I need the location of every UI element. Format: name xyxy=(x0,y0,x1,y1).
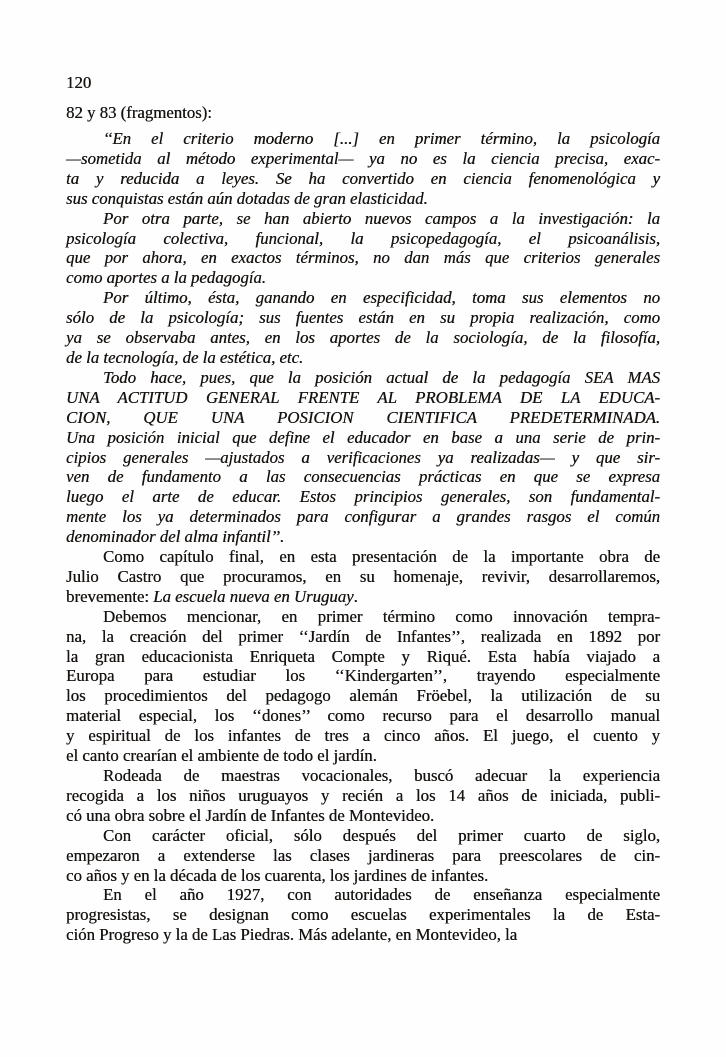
text-line: la gran educacionista Enriqueta Compte y… xyxy=(66,647,660,667)
quoted-excerpt: ‘‘En el criterio moderno [...] en primer… xyxy=(66,129,660,547)
text-line: có una obra sobre el Jardín de Infantes … xyxy=(66,806,660,826)
text-line: Todo hace, pues, que la posición actual … xyxy=(66,368,660,388)
text-line: En el año 1927, con autoridades de enseñ… xyxy=(66,885,660,905)
text-line: Una posición inicial que define el educa… xyxy=(66,428,660,448)
text-line: Con carácter oficial, sólo después del p… xyxy=(66,826,660,846)
text-line: ción Progreso y la de Las Piedras. Más a… xyxy=(66,925,660,945)
text-line: brevemente: La escuela nueva en Uruguay. xyxy=(66,587,660,607)
text-line: empezaron a extenderse las clases jardin… xyxy=(66,846,660,866)
text-line: CION, QUE UNA POSICION CIENTIFICA PREDET… xyxy=(66,408,660,428)
book-title: La escuela nueva en Uruguay xyxy=(153,587,353,606)
body-paragraph-4: Con carácter oficial, sólo después del p… xyxy=(66,826,660,886)
body-paragraph-2: Debemos mencionar, en primer término com… xyxy=(66,607,660,766)
page-content: 82 y 83 (fragmentos): ‘‘En el criterio m… xyxy=(66,103,660,945)
text-line: de la tecnología, de la estética, etc. xyxy=(66,348,660,368)
text-line: ‘‘En el criterio moderno [...] en primer… xyxy=(66,129,660,149)
body-paragraph-1: Como capítulo final, en esta presentació… xyxy=(66,547,660,607)
text-line: cipios generales —ajustados a verificaci… xyxy=(66,448,660,468)
text-line: sólo de la psicología; sus fuentes están… xyxy=(66,308,660,328)
quote-paragraph-2: Por otra parte, se han abierto nuevos ca… xyxy=(66,209,660,289)
page-number: 120 xyxy=(66,73,91,93)
text-line: material especial, los ‘‘dones’’ como re… xyxy=(66,706,660,726)
text-line: ta y reducida a leyes. Se ha convertido … xyxy=(66,169,660,189)
text-line: psicología colectiva, funcional, la psic… xyxy=(66,229,660,249)
text-line: Julio Castro que procuramos, en su homen… xyxy=(66,567,660,587)
commentary-text: Como capítulo final, en esta presentació… xyxy=(66,547,660,945)
text-line: progresistas, se designan como escuelas … xyxy=(66,905,660,925)
text-line: recogida a los niños uruguayos y recién … xyxy=(66,786,660,806)
text-line: los procedimientos del pedagogo alemán F… xyxy=(66,686,660,706)
text-line: como aportes a la pedagogía. xyxy=(66,268,660,288)
text-line: mente los ya determinados para configura… xyxy=(66,507,660,527)
text-line: el canto crearían el ambiente de todo el… xyxy=(66,746,660,766)
text-line: Como capítulo final, en esta presentació… xyxy=(66,547,660,567)
text-line: luego el arte de educar. Estos principio… xyxy=(66,487,660,507)
text-line: UNA ACTITUD GENERAL FRENTE AL PROBLEMA D… xyxy=(66,388,660,408)
text-line: y espiritual de los infantes de tres a c… xyxy=(66,726,660,746)
quote-paragraph-3: Por último, ésta, ganando en especificid… xyxy=(66,288,660,368)
text-line: Europa para estudiar los ‘‘Kindergarten’… xyxy=(66,666,660,686)
text-line: ya se observaba antes, en los aportes de… xyxy=(66,328,660,348)
book-page: 120 82 y 83 (fragmentos): ‘‘En el criter… xyxy=(0,0,726,1057)
text-line: Debemos mencionar, en primer término com… xyxy=(66,607,660,627)
citation-intro-line: 82 y 83 (fragmentos): xyxy=(66,103,660,123)
text-line: sus conquistas están aún dotadas de gran… xyxy=(66,189,660,209)
text-line: —sometida al método experimental— ya no … xyxy=(66,149,660,169)
text-line: ven de fundamento a las consecuencias pr… xyxy=(66,467,660,487)
text-line: na, la creación del primer ‘‘Jardín de I… xyxy=(66,627,660,647)
text-line: denominador del alma infantil’’. xyxy=(66,527,660,547)
text-line: Por último, ésta, ganando en especificid… xyxy=(66,288,660,308)
body-paragraph-5: En el año 1927, con autoridades de enseñ… xyxy=(66,885,660,945)
body-paragraph-3: Rodeada de maestras vocacionales, buscó … xyxy=(66,766,660,826)
quote-paragraph-4: Todo hace, pues, que la posición actual … xyxy=(66,368,660,547)
text-line: que por ahora, en exactos términos, no d… xyxy=(66,248,660,268)
text-line: Por otra parte, se han abierto nuevos ca… xyxy=(66,209,660,229)
quote-paragraph-1: ‘‘En el criterio moderno [...] en primer… xyxy=(66,129,660,209)
text-line: Rodeada de maestras vocacionales, buscó … xyxy=(66,766,660,786)
text-line: co años y en la década de los cuarenta, … xyxy=(66,866,660,886)
